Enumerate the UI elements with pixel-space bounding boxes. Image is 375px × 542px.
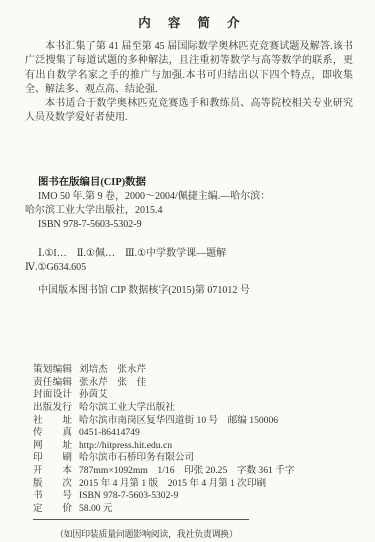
colophon-label: 网址 [33, 440, 72, 453]
cip-header: 图书在版编目(CIP)数据 [38, 176, 353, 190]
colophon-row-cover-design: 封面设计孙茵艾 [33, 389, 375, 402]
colophon-label: 定价 [33, 503, 72, 516]
colophon-label: 封面设计 [33, 389, 72, 402]
colophon-label: 传真 [33, 427, 72, 440]
colophon-label: 版次 [33, 478, 72, 491]
colophon-label: 开本 [33, 465, 72, 478]
cip-classification-line: Ⅳ.①G634.605 [25, 261, 353, 275]
colophon-value: ISBN 978-7-5603-5302-9 [79, 490, 178, 501]
colophon-row-edition: 版次2015 年 4 月第 1 版 2015 年 4 月第 1 次印刷 [33, 478, 375, 491]
colophon-value: 孙茵艾 [79, 389, 108, 400]
book-copyright-page: 内 容 简 介 本书汇集了第 41 届至第 45 届国际数学奥林匹克竞赛试题及解… [0, 0, 375, 542]
colophon-row-printer: 印刷哈尔滨市石桥印务有限公司 [33, 452, 375, 465]
divider-rule [33, 519, 249, 520]
colophon-label: 社址 [33, 415, 72, 428]
cip-isbn-line: ISBN 978-7-5603-5302-9 [38, 218, 353, 232]
colophon-label: 出版发行 [33, 402, 72, 415]
cip-title-line: IMO 50 年.第 9 卷，2000～2004/佩捷主编.—哈尔滨： [38, 190, 353, 204]
colophon-label: 书号 [33, 490, 72, 503]
colophon-row-isbn: 书号ISBN 978-7-5603-5302-9 [33, 490, 375, 503]
colophon-row-publisher: 出版发行哈尔滨工业大学出版社 [33, 402, 375, 415]
content-summary-section: 内 容 简 介 本书汇集了第 41 届至第 45 届国际数学奥林匹克竞赛试题及解… [25, 13, 353, 126]
colophon-row-format: 开本787mm×1092mm 1/16 印张 20.25 字数 361 千字 [33, 465, 375, 478]
content-summary-title: 内 容 简 介 [25, 13, 353, 31]
cip-data-section: 图书在版编目(CIP)数据 IMO 50 年.第 9 卷，2000～2004/佩… [25, 176, 353, 298]
cip-classification-line: Ⅰ.①I… Ⅱ.①佩… Ⅲ.①中学数学课—题解 [38, 247, 353, 261]
colophon-value: 哈尔滨市石桥印务有限公司 [79, 452, 194, 463]
cip-publisher-line: 哈尔滨工业大学出版社，2015.4 [25, 204, 353, 218]
colophon-row-address: 社址哈尔滨市南岗区复华四道街 10 号 邮编 150006 [33, 415, 375, 428]
content-summary-paragraph: 本书适合于数学奥林匹克竞赛选手和教练员、高等院校相关专业研究人员及数学爱好者使用… [25, 97, 353, 126]
colophon-value: 哈尔滨市南岗区复华四道街 10 号 邮编 150006 [79, 415, 278, 426]
quality-exchange-note: （如因印装质量问题影响阅读，我社负责调换） [55, 527, 375, 540]
colophon-label: 责任编辑 [33, 377, 72, 390]
colophon-row-website: 网址http://hitpress.hit.edu.cn [33, 440, 375, 453]
colophon-value: http://hitpress.hit.edu.cn [79, 440, 172, 451]
colophon-row-responsible-editor: 责任编辑张永芹 张 佳 [33, 377, 375, 390]
colophon-value: 哈尔滨工业大学出版社 [79, 402, 175, 413]
colophon-row-planning-editor: 策划编辑刘培杰 张永芹 [33, 364, 375, 377]
cip-record-number: 中国版本图书馆 CIP 数据核字(2015)第 071012 号 [38, 284, 353, 298]
colophon-label: 策划编辑 [33, 364, 72, 377]
colophon-value: 787mm×1092mm 1/16 印张 20.25 字数 361 千字 [79, 465, 294, 476]
colophon-value: 58.00 元 [79, 503, 113, 514]
colophon-row-price: 定价58.00 元 [33, 503, 375, 516]
colophon-value: 张永芹 张 佳 [79, 377, 146, 388]
colophon-value: 刘培杰 张永芹 [79, 364, 146, 375]
colophon-label: 印刷 [33, 452, 72, 465]
colophon-row-fax: 传真0451-86414749 [33, 427, 375, 440]
content-summary-paragraph: 本书汇集了第 41 届至第 45 届国际数学奥林匹克竞赛试题及解答.该书广泛搜集… [25, 40, 353, 97]
colophon-value: 0451-86414749 [79, 427, 140, 438]
colophon-section: 策划编辑刘培杰 张永芹 责任编辑张永芹 张 佳 封面设计孙茵艾 出版发行哈尔滨工… [33, 364, 375, 515]
colophon-value: 2015 年 4 月第 1 版 2015 年 4 月第 1 次印刷 [79, 478, 266, 489]
